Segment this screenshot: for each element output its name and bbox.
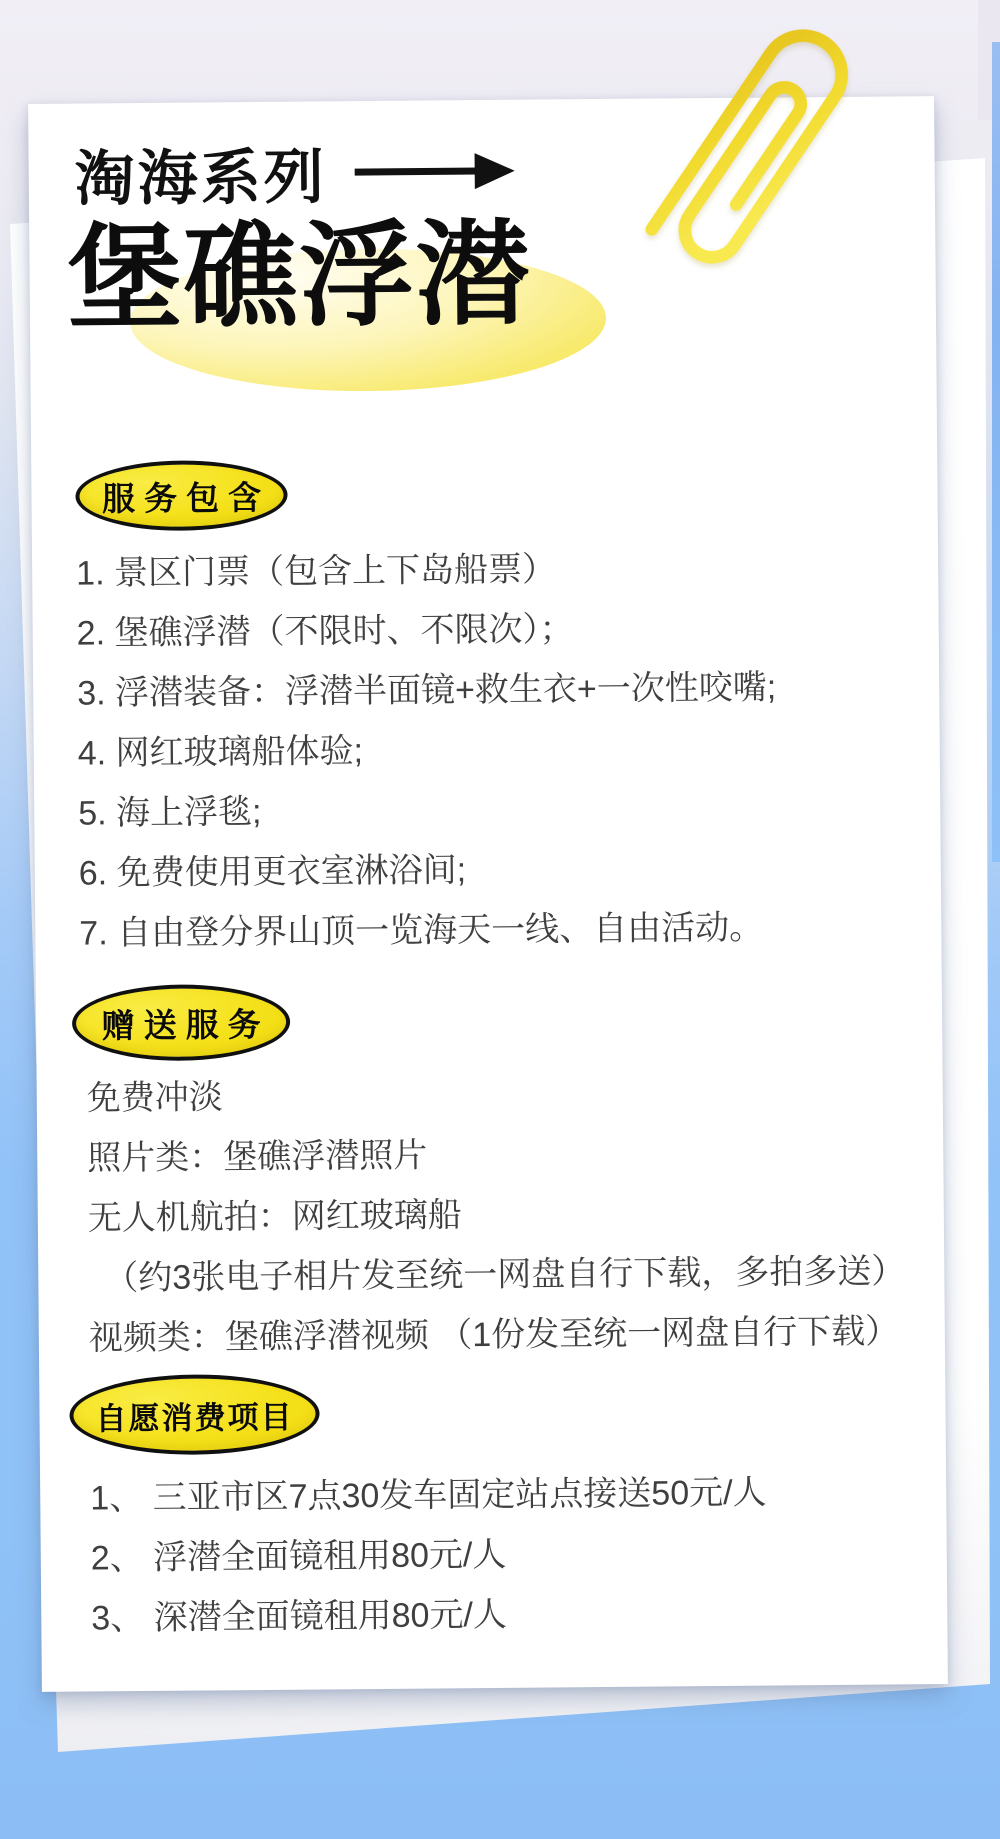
- list-item: 6. 免费使用更衣室淋浴间;: [79, 850, 778, 890]
- badge-gift-services: 赠送服务: [72, 984, 291, 1062]
- badge-service-included: 服务包含: [75, 460, 288, 532]
- list-item: 免费冲淡: [87, 1074, 904, 1115]
- list-item: 3. 浮潜装备：浮潜半面镜+救生衣+一次性咬嘴;: [77, 670, 776, 710]
- list-item: 1、 三亚市区7点30发车固定站点接送50元/人: [90, 1476, 767, 1516]
- list-item: 2、 浮潜全面镜租用80元/人: [91, 1536, 768, 1576]
- poster-page: { "header": { "series_label": "淘海系列", "t…: [0, 0, 1000, 1839]
- badge-optional-consumption: 自愿消费项目: [69, 1373, 320, 1455]
- page-title: 堡礁浮潜: [67, 216, 532, 341]
- series-header: 淘海系列: [74, 128, 517, 218]
- badge-optional-consumption-label: 自愿消费项目: [95, 1391, 293, 1438]
- badge-service-included-label: 服务包含: [102, 471, 270, 519]
- list-item: 2. 堡礁浮潜（不限时、不限次）；: [77, 610, 776, 650]
- badge-gift-services-label: 赠送服务: [101, 998, 269, 1046]
- arrow-right-icon: [353, 149, 517, 194]
- list-item: 4. 网红玻璃船体验;: [78, 730, 777, 770]
- service-included-list: 1. 景区门票（包含上下岛船票） 2. 堡礁浮潜（不限时、不限次）； 3. 浮潜…: [76, 550, 779, 976]
- list-item: 视频类：堡礁浮潜视频 （1份发至统一网盘自行下载）: [89, 1314, 906, 1355]
- list-item: 照片类：堡礁浮潜照片: [87, 1134, 904, 1175]
- list-item: 3、 深潜全面镜租用80元/人: [91, 1596, 768, 1636]
- optional-consumption-list: 1、 三亚市区7点30发车固定站点接送50元/人 2、 浮潜全面镜租用80元/人…: [90, 1476, 768, 1662]
- poster-card: 淘海系列 堡礁浮潜 服务包含 1. 景区门票（包含上下岛船票） 2. 堡礁浮潜（…: [28, 96, 948, 1692]
- list-item: 无人机航拍：网红玻璃船: [88, 1194, 905, 1235]
- list-item: 5. 海上浮毯;: [78, 790, 777, 830]
- list-item: （约3张电子相片发至统一网盘自行下载，多拍多送）: [88, 1254, 905, 1295]
- list-item: 1. 景区门票（包含上下岛船票）: [76, 550, 775, 590]
- series-label: 淘海系列: [74, 129, 327, 217]
- gift-services-list: 免费冲淡 照片类：堡礁浮潜照片 无人机航拍：网红玻璃船 （约3张电子相片发至统一…: [87, 1074, 907, 1381]
- background-right-blue-sliver: [992, 42, 1000, 862]
- list-item: 7. 自由登分界山顶一览海天一线、自由活动。: [79, 910, 778, 950]
